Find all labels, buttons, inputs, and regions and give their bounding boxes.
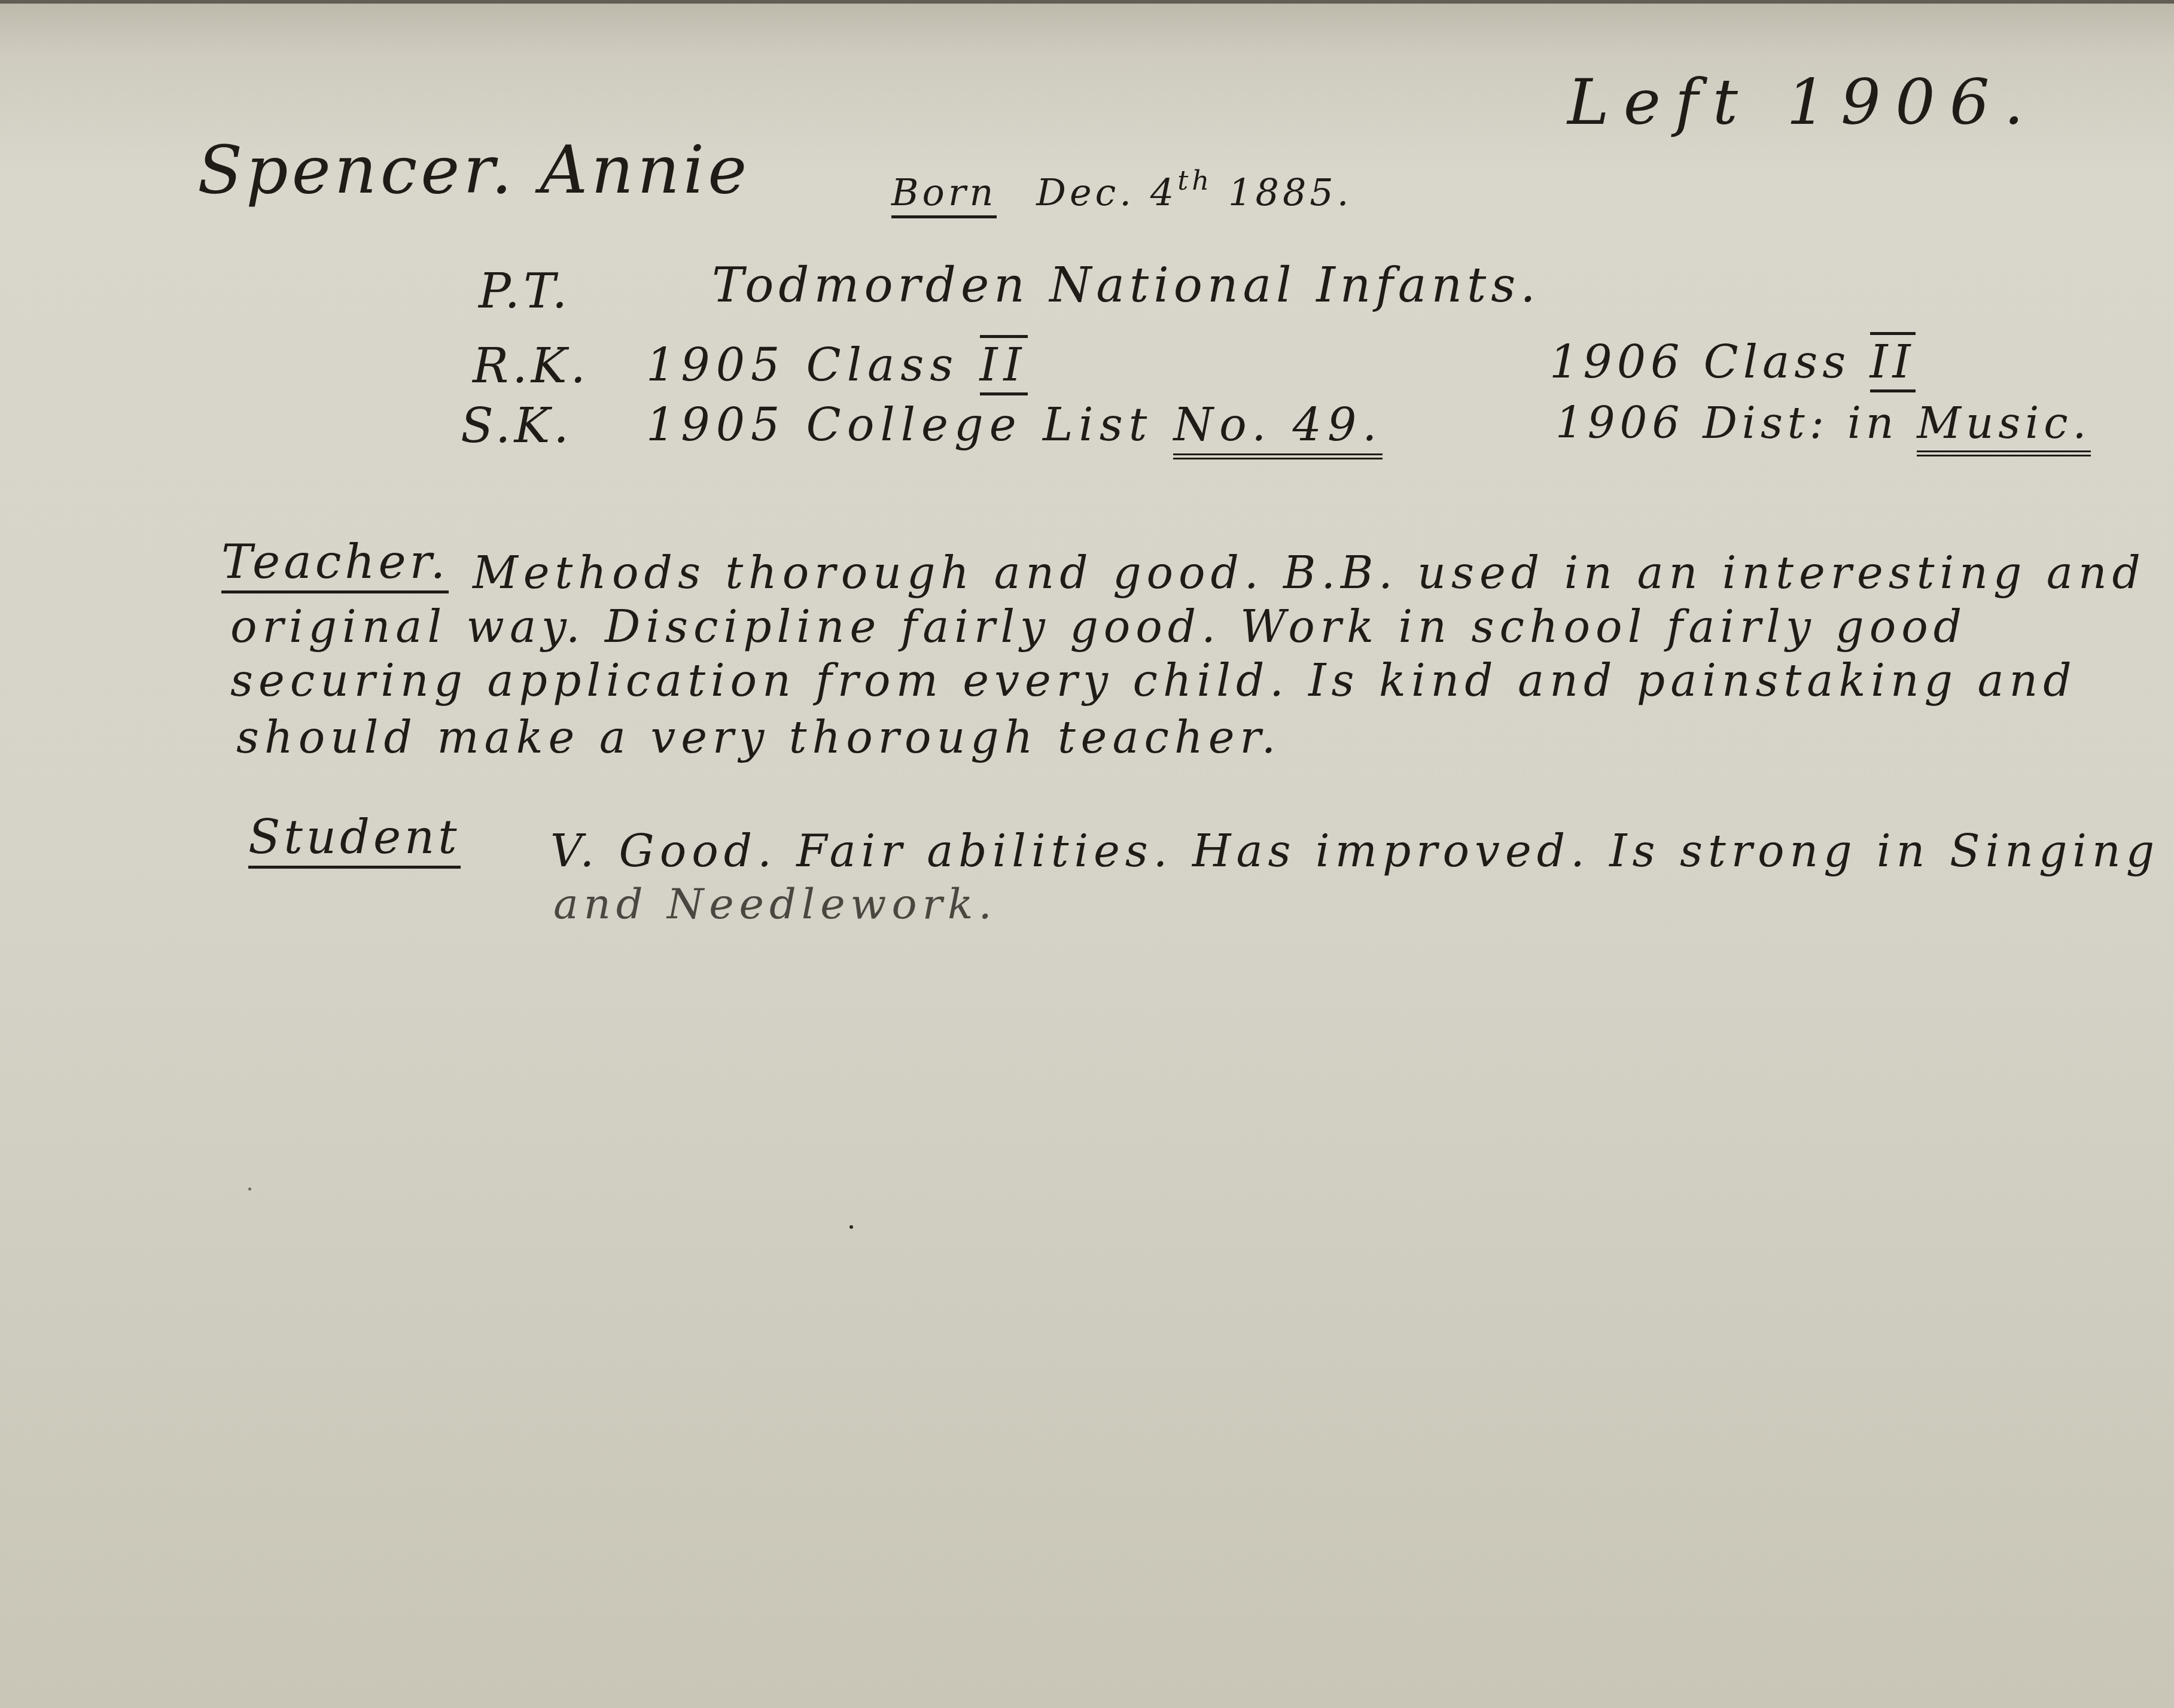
born-label: Born (891, 171, 997, 218)
student-remark-line: V. Good. Fair abilities. Has improved. I… (550, 826, 2160, 877)
left-year: Left 1906. (1567, 66, 2038, 139)
sk-number: No. 49. (1173, 398, 1383, 459)
sk-right-subject: Music. (1917, 398, 2091, 456)
student-name: Spencer. Annie (197, 132, 750, 208)
rk-right-text: Class (1704, 335, 1851, 388)
teacher-remark-line: original way. Discipline fairly good. Wo… (230, 601, 1967, 653)
birth-date: Born Dec. 4th 1885. (891, 171, 1352, 214)
row-entry-sk-1905: 1905 College List No. 49. (646, 398, 1383, 451)
rk-class: II (980, 335, 1028, 395)
born-date-suffix: th (1177, 165, 1213, 196)
row-code-pt: P.T. (479, 263, 571, 319)
row-entry-pt: Todmorden National Infants. (712, 257, 1540, 313)
rk-right-class: II (1870, 332, 1916, 392)
row-code-sk: S.K. (461, 398, 573, 453)
student-record-card: Spencer. Annie Left 1906. Born Dec. 4th … (0, 0, 2174, 1708)
sk-right-year: 1906 (1555, 398, 1684, 448)
sk-text: College List (806, 398, 1153, 451)
ink-speck (849, 1225, 853, 1229)
row-code-rk: R.K. (473, 338, 589, 394)
teacher-remark-line: securing application from every child. I… (230, 655, 2077, 707)
student-label: Student (248, 811, 461, 869)
student-remark-line: and Needlework. (553, 879, 997, 928)
ink-speck (248, 1188, 251, 1191)
teacher-label: Teacher. (221, 535, 449, 593)
born-date: Dec. 4 (1036, 171, 1177, 214)
sk-right-text: Dist: in (1703, 398, 1898, 448)
rk-year: 1905 (646, 338, 785, 391)
teacher-remark-line: should make a very thorough teacher. (236, 712, 1281, 763)
rk-right-year: 1906 (1549, 335, 1684, 388)
teacher-remark-line: Methods thorough and good. B.B. used in … (473, 547, 2146, 599)
row-entry-sk-1906: 1906 Dist: in Music. (1555, 398, 2091, 448)
sk-year: 1905 (646, 398, 785, 451)
row-entry-rk-1905: 1905 Class II (646, 338, 1028, 391)
row-entry-rk-1906: 1906 Class II (1549, 335, 1916, 388)
rk-text: Class (806, 338, 960, 391)
born-year: 1885. (1228, 171, 1353, 214)
